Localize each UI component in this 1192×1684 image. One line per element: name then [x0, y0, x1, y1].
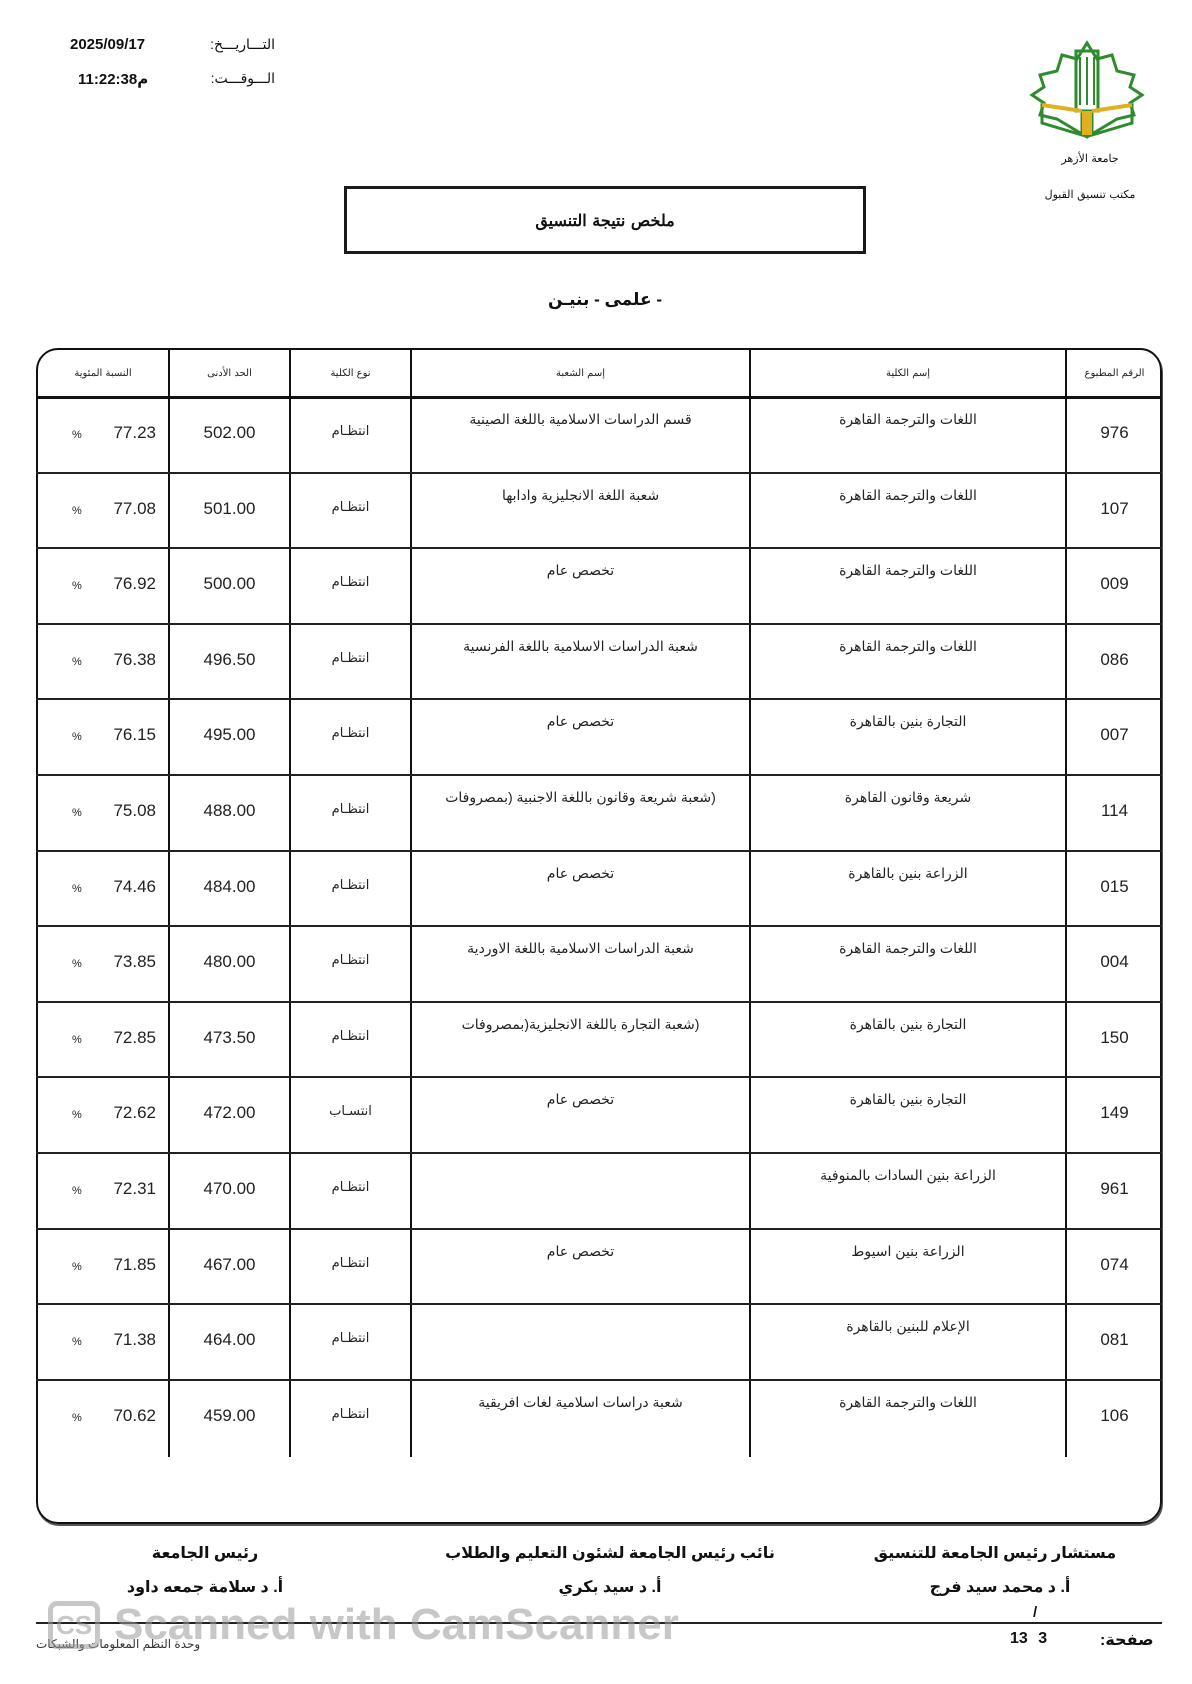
cell-percentage: 72.62	[96, 1103, 156, 1123]
cell-branch: تخصص عام	[412, 1091, 749, 1108]
cell-min-score: 500.00	[170, 574, 289, 594]
percent-sign: %	[72, 1185, 82, 1197]
cell-type: انتظـام	[291, 952, 410, 968]
signature-title-president: رئيس الجامعة	[110, 1543, 300, 1563]
row-divider	[36, 1379, 1162, 1381]
cell-college: الزراعة بنين السادات بالمنوفية	[751, 1167, 1065, 1184]
date-value: 2025/09/17	[70, 36, 145, 53]
cell-min-score: 502.00	[170, 423, 289, 443]
cell-percentage: 72.85	[96, 1028, 156, 1048]
cell-code: 149	[1067, 1103, 1162, 1123]
cell-branch: شعبة اللغة الانجليزية وادابها	[412, 487, 749, 504]
cell-code: 015	[1067, 877, 1162, 897]
al-azhar-logo-icon	[1022, 35, 1152, 145]
cell-type: انتظـام	[291, 423, 410, 439]
cell-type: انتظـام	[291, 801, 410, 817]
percent-sign: %	[72, 580, 82, 592]
cell-college: شريعة وقانون القاهرة	[751, 789, 1065, 806]
cell-min-score: 480.00	[170, 952, 289, 972]
cell-percentage: 74.46	[96, 877, 156, 897]
cell-type: انتظـام	[291, 1179, 410, 1195]
column-header-code: الرقم المطبوع	[1067, 350, 1162, 396]
cell-percentage: 75.08	[96, 801, 156, 821]
cell-branch: قسم الدراسات الاسلامية باللغة الصينية	[412, 411, 749, 428]
date-row: 2025/09/17 التـــاريـــخ:	[60, 36, 275, 58]
cell-college: اللغات والترجمة القاهرة	[751, 1394, 1065, 1411]
page-slash: /	[1033, 1604, 1037, 1621]
percent-sign: %	[72, 1034, 82, 1046]
percent-sign: %	[72, 429, 82, 441]
cell-percentage: 76.92	[96, 574, 156, 594]
cell-type: انتظـام	[291, 650, 410, 666]
column-header-type: نوع الكلية	[291, 350, 410, 396]
cell-type: انتظـام	[291, 574, 410, 590]
cell-percentage: 71.38	[96, 1330, 156, 1350]
cell-min-score: 496.50	[170, 650, 289, 670]
signature-name-vice-president: أ. د سيد بكري	[520, 1577, 700, 1597]
cell-type: انتظـام	[291, 725, 410, 741]
cell-college: التجارة بنين بالقاهرة	[751, 1016, 1065, 1033]
date-label: التـــاريـــخ:	[210, 36, 275, 53]
cell-branch: تخصص عام	[412, 865, 749, 882]
percent-sign: %	[72, 958, 82, 970]
cell-college: اللغات والترجمة القاهرة	[751, 411, 1065, 428]
cell-college: الزراعة بنين بالقاهرة	[751, 865, 1065, 882]
cell-branch: تخصص عام	[412, 562, 749, 579]
cell-percentage: 73.85	[96, 952, 156, 972]
cell-min-score: 488.00	[170, 801, 289, 821]
signature-title-vice-president: نائب رئيس الجامعة لشئون التعليم والطلاب	[440, 1543, 780, 1563]
cell-college: التجارة بنين بالقاهرة	[751, 713, 1065, 730]
row-divider	[36, 1076, 1162, 1078]
column-divider	[749, 348, 751, 1457]
percent-sign: %	[72, 807, 82, 819]
signature-title-coordination: مستشار رئيس الجامعة للتنسيق	[860, 1543, 1130, 1563]
cell-code: 004	[1067, 952, 1162, 972]
cell-percentage: 77.23	[96, 423, 156, 443]
time-label: الـــوقـــت:	[211, 70, 275, 87]
signature-name-president: أ. د سلامة جمعه داود	[100, 1577, 310, 1597]
row-divider	[36, 850, 1162, 852]
cell-branch: شعبة الدراسات الاسلامية باللغة الاوردية	[412, 940, 749, 957]
percent-sign: %	[72, 505, 82, 517]
cell-college: اللغات والترجمة القاهرة	[751, 487, 1065, 504]
column-header-branch: إسم الشعبة	[412, 350, 749, 396]
column-header-percentage: النسبة المئوية	[38, 350, 168, 396]
camscanner-logo-icon: CS	[48, 1601, 100, 1649]
cell-percentage: 76.38	[96, 650, 156, 670]
cell-college: اللغات والترجمة القاهرة	[751, 940, 1065, 957]
row-divider	[36, 925, 1162, 927]
cell-min-score: 484.00	[170, 877, 289, 897]
cell-percentage: 71.85	[96, 1255, 156, 1275]
cell-percentage: 77.08	[96, 499, 156, 519]
page-title-text: ملخص نتيجة التنسيق	[535, 211, 674, 230]
column-header-min-score: الحد الأدنى	[170, 350, 289, 396]
cell-type: انتسـاب	[291, 1103, 410, 1119]
cell-type: انتظـام	[291, 877, 410, 893]
cell-branch: (شعبة التجارة باللغة الانجليزية(بمصروفات	[412, 1016, 749, 1033]
cell-branch: (شعبة شريعة وقانون باللغة الاجنبية (بمصر…	[412, 789, 749, 806]
university-name: جامعة الأزهر	[1000, 152, 1180, 165]
cell-branch: شعبة الدراسات الاسلامية باللغة الفرنسية	[412, 638, 749, 655]
page-number: 13 3	[1010, 1630, 1047, 1648]
cell-min-score: 470.00	[170, 1179, 289, 1199]
cell-code: 074	[1067, 1255, 1162, 1275]
time-row: م11:22:38 الـــوقـــت:	[60, 70, 275, 92]
percent-sign: %	[72, 883, 82, 895]
cell-code: 009	[1067, 574, 1162, 594]
cell-code: 007	[1067, 725, 1162, 745]
cell-min-score: 501.00	[170, 499, 289, 519]
cell-code: 081	[1067, 1330, 1162, 1350]
column-header-college: إسم الكلية	[751, 350, 1065, 396]
cell-type: انتظـام	[291, 1406, 410, 1422]
column-divider	[410, 348, 412, 1457]
row-divider	[36, 774, 1162, 776]
percent-sign: %	[72, 1109, 82, 1121]
row-divider	[36, 472, 1162, 474]
page-title: ملخص نتيجة التنسيق	[344, 186, 866, 254]
cell-branch: شعبة دراسات اسلامية لغات افريقية	[412, 1394, 749, 1411]
cell-branch: تخصص عام	[412, 713, 749, 730]
office-name: مكتب تنسيق القبول	[1000, 188, 1180, 201]
row-divider	[36, 1152, 1162, 1154]
percent-sign: %	[72, 731, 82, 743]
page-label: صفحة:	[1100, 1630, 1154, 1650]
cell-code: 106	[1067, 1406, 1162, 1426]
row-divider	[36, 547, 1162, 549]
cell-percentage: 70.62	[96, 1406, 156, 1426]
camscanner-watermark: CS Scanned with CamScanner	[48, 1600, 679, 1650]
row-divider	[36, 1303, 1162, 1305]
cell-code: 961	[1067, 1179, 1162, 1199]
percent-sign: %	[72, 1261, 82, 1273]
header-divider	[36, 396, 1162, 399]
time-value: م11:22:38	[78, 70, 148, 88]
signature-name-coordination: أ. د محمد سيد فرج	[900, 1577, 1100, 1597]
percent-sign: %	[72, 1412, 82, 1424]
cell-min-score: 472.00	[170, 1103, 289, 1123]
cell-min-score: 467.00	[170, 1255, 289, 1275]
cell-type: انتظـام	[291, 1028, 410, 1044]
cell-code: 107	[1067, 499, 1162, 519]
cell-min-score: 459.00	[170, 1406, 289, 1426]
cell-code: 114	[1067, 801, 1162, 821]
cell-code: 086	[1067, 650, 1162, 670]
cell-code: 976	[1067, 423, 1162, 443]
cell-college: اللغات والترجمة القاهرة	[751, 638, 1065, 655]
cell-type: انتظـام	[291, 1255, 410, 1271]
cell-type: انتظـام	[291, 499, 410, 515]
row-divider	[36, 698, 1162, 700]
row-divider	[36, 1001, 1162, 1003]
percent-sign: %	[72, 656, 82, 668]
cell-percentage: 76.15	[96, 725, 156, 745]
cell-min-score: 495.00	[170, 725, 289, 745]
cell-college: الإعلام للبنين بالقاهرة	[751, 1318, 1065, 1335]
cell-college: التجارة بنين بالقاهرة	[751, 1091, 1065, 1108]
row-divider	[36, 623, 1162, 625]
cell-code: 150	[1067, 1028, 1162, 1048]
cell-type: انتظـام	[291, 1330, 410, 1346]
cell-branch: تخصص عام	[412, 1243, 749, 1260]
cell-college: اللغات والترجمة القاهرة	[751, 562, 1065, 579]
cell-percentage: 72.31	[96, 1179, 156, 1199]
section-subtitle: - علمى - بنيـن	[400, 290, 810, 310]
cell-min-score: 464.00	[170, 1330, 289, 1350]
percent-sign: %	[72, 1336, 82, 1348]
cell-college: الزراعة بنين اسيوط	[751, 1243, 1065, 1260]
row-divider	[36, 1228, 1162, 1230]
cell-min-score: 473.50	[170, 1028, 289, 1048]
watermark-text: Scanned with CamScanner	[114, 1600, 679, 1650]
